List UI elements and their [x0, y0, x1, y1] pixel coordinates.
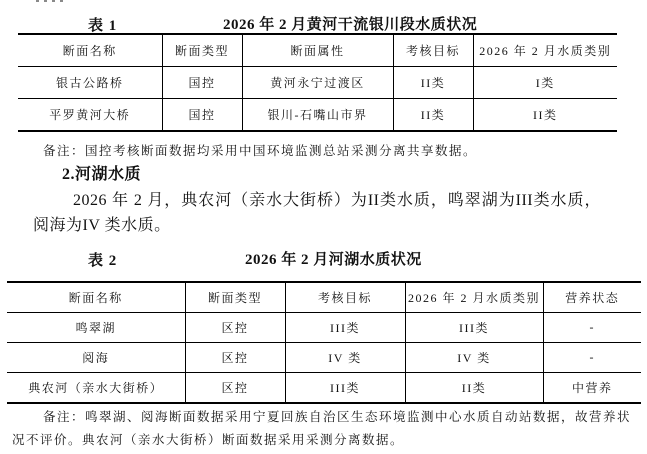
table2-cell: IV 类: [405, 343, 543, 373]
table1-cell: II类: [393, 99, 473, 132]
table2-cell: 区控: [185, 373, 285, 404]
clipped-text-fragment: [36, 0, 68, 3]
table2: 断面名称 断面类型 考核目标 2026 年 2 月水质类别 营养状态 鸣翠湖 区…: [7, 281, 641, 404]
table2-cell: 区控: [185, 343, 285, 373]
table2-header-cell: 断面类型: [185, 282, 285, 313]
table2-caption-title: 2026 年 2 月河湖水质状况: [245, 248, 422, 269]
section-paragraph: 2026 年 2 月，典农河（亲水大街桥）为II类水质，鸣翠湖为III类水质，阅…: [33, 188, 601, 238]
table1-cell: I类: [473, 67, 617, 99]
table1-cell: 银川-石嘴山市界: [242, 99, 393, 132]
table1-row: 平罗黄河大桥 国控 银川-石嘴山市界 II类 II类: [18, 99, 617, 132]
table1-note: 备注：国控考核断面数据均采用中国环境监测总站采测分离共享数据。: [43, 140, 603, 163]
table2-cell: 区控: [185, 313, 285, 343]
table1: 断面名称 断面类型 断面属性 考核目标 2026 年 2 月水质类别 银古公路桥…: [18, 33, 617, 132]
table2-cell: IV 类: [285, 343, 405, 373]
table2-header-cell: 2026 年 2 月水质类别: [405, 282, 543, 313]
table1-caption-title: 2026 年 2 月黄河干流银川段水质状况: [223, 13, 477, 34]
table2-caption-label: 表 2: [88, 249, 117, 270]
table2-cell: II类: [405, 373, 543, 404]
table2-cell: 鸣翠湖: [7, 313, 185, 343]
table2-cell: 典农河（亲水大街桥）: [7, 373, 185, 404]
table2-row: 典农河（亲水大街桥） 区控 III类 II类 中营养: [7, 373, 641, 404]
table2-row: 鸣翠湖 区控 III类 III类 -: [7, 313, 641, 343]
table1-header-cell: 2026 年 2 月水质类别: [473, 34, 617, 67]
table1-header-cell: 断面属性: [242, 34, 393, 67]
table2-cell: 阅海: [7, 343, 185, 373]
table2-header-cell: 考核目标: [285, 282, 405, 313]
table1-cell: II类: [393, 67, 473, 99]
table1-cell: 黄河永宁过渡区: [242, 67, 393, 99]
table1-cell: 银古公路桥: [18, 67, 162, 99]
table1-cell: 平罗黄河大桥: [18, 99, 162, 132]
table2-header-row: 断面名称 断面类型 考核目标 2026 年 2 月水质类别 营养状态: [7, 282, 641, 313]
report-page: 表 1 2026 年 2 月黄河干流银川段水质状况 断面名称 断面类型 断面属性…: [0, 0, 647, 454]
section-heading: 2.河湖水质: [62, 161, 141, 184]
table1-header-row: 断面名称 断面类型 断面属性 考核目标 2026 年 2 月水质类别: [18, 34, 617, 67]
table2-cell: III类: [285, 373, 405, 404]
table1-caption-label: 表 1: [88, 14, 117, 35]
table2-cell: III类: [285, 313, 405, 343]
table2-cell: -: [543, 343, 641, 373]
table1-cell: II类: [473, 99, 617, 132]
table1-cell: 国控: [162, 67, 242, 99]
table2-header-cell: 断面名称: [7, 282, 185, 313]
table2-cell: -: [543, 313, 641, 343]
table1-header-cell: 断面名称: [18, 34, 162, 67]
table1-header-cell: 考核目标: [393, 34, 473, 67]
table1-cell: 国控: [162, 99, 242, 132]
table2-cell: 中营养: [543, 373, 641, 404]
table2-header-cell: 营养状态: [543, 282, 641, 313]
table1-row: 银古公路桥 国控 黄河永宁过渡区 II类 I类: [18, 67, 617, 99]
table2-note: 备注：鸣翠湖、阅海断面数据采用宁夏回族自治区生态环境监测中心水质自动站数据，故营…: [12, 406, 644, 452]
table1-header-cell: 断面类型: [162, 34, 242, 67]
table2-row: 阅海 区控 IV 类 IV 类 -: [7, 343, 641, 373]
table2-cell: III类: [405, 313, 543, 343]
